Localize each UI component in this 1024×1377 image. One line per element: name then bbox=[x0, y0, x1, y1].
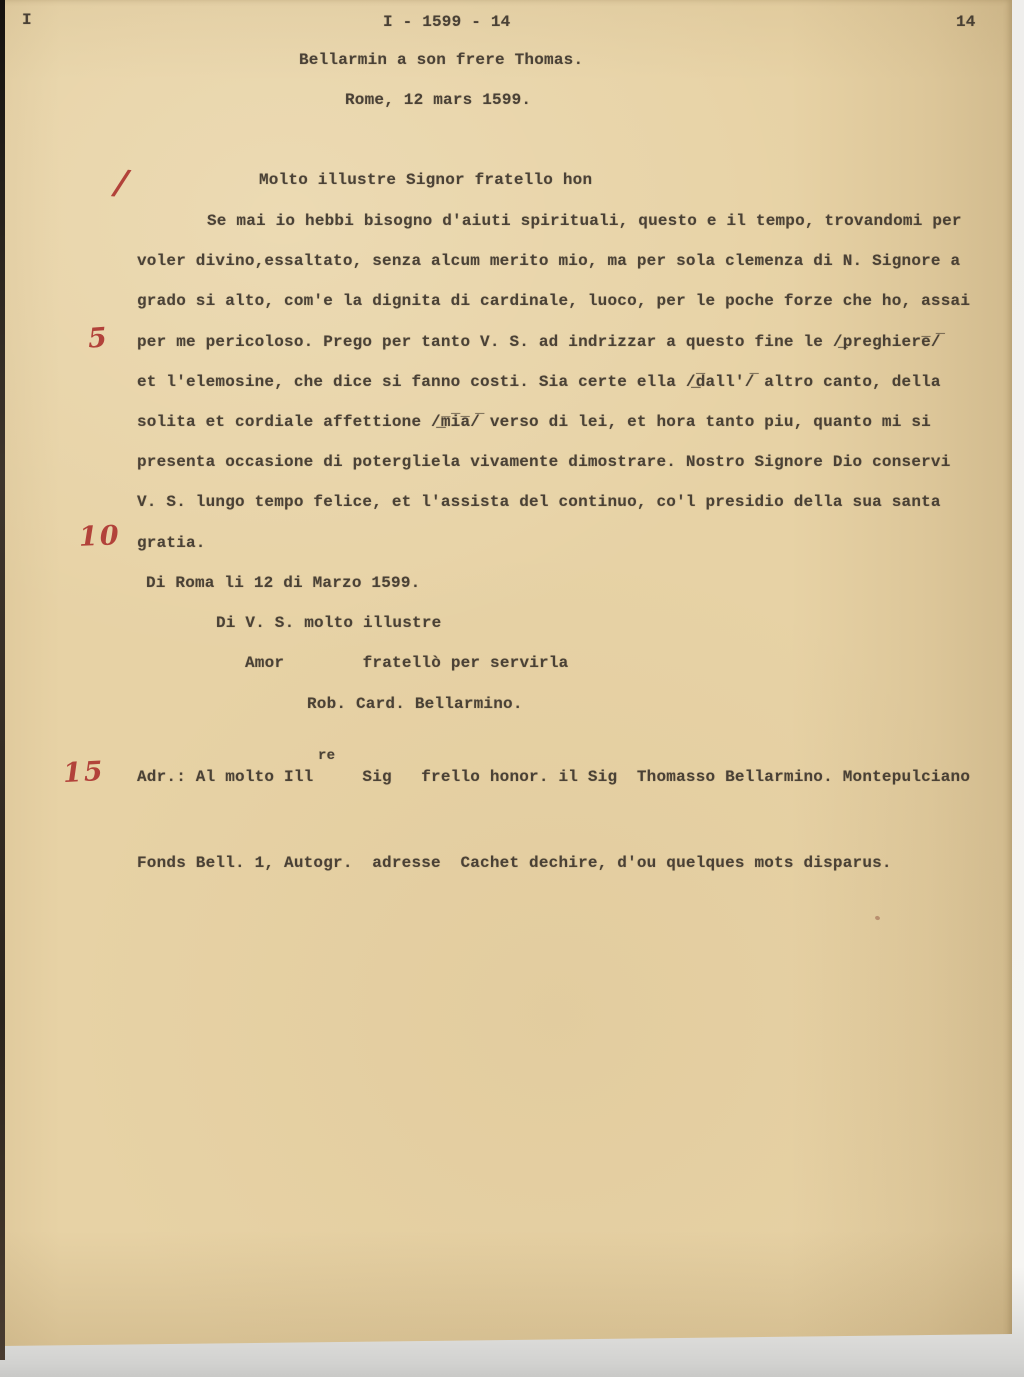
scanned-letter-page: I I - 1599 - 14 14 Bellarmin a son frere… bbox=[0, 0, 1012, 1352]
margin-line-number-1: / bbox=[113, 162, 130, 203]
valediction-line: Di V. S. molto illustre bbox=[216, 613, 441, 633]
address-line: Adr.: Al molto Ill Sig frello honor. il … bbox=[137, 767, 970, 787]
scan-left-edge bbox=[0, 0, 5, 1360]
body-line: presenta occasione di potergliela vivame… bbox=[137, 452, 951, 472]
body-line: et l'elemosine, che dice si fanno costi.… bbox=[137, 372, 941, 392]
paper-stain bbox=[874, 915, 880, 920]
margin-line-number-15: 15 bbox=[62, 756, 105, 789]
margin-line-number-5: 5 bbox=[87, 322, 108, 354]
body-line: voler divino,essaltato, senza alcum meri… bbox=[137, 251, 960, 271]
body-line: Molto illustre Signor fratello hon bbox=[259, 170, 592, 190]
signature-name-line: Rob. Card. Bellarmino. bbox=[307, 694, 523, 714]
closing-date-line: Di Roma li 12 di Marzo 1599. bbox=[146, 573, 420, 593]
margin-line-number-10: 10 bbox=[78, 520, 121, 552]
body-line: per me pericoloso. Prego per tanto V. S.… bbox=[137, 332, 941, 352]
body-line: Se mai io hebbi bisogno d'aiuti spiritua… bbox=[207, 211, 962, 231]
sheet-corner-mark: I bbox=[22, 10, 32, 30]
header-archive-code: I - 1599 - 14 bbox=[383, 12, 510, 32]
address-superscript: re bbox=[318, 746, 335, 766]
page-number: 14 bbox=[956, 12, 976, 32]
body-line: V. S. lungo tempo felice, et l'assista d… bbox=[137, 492, 941, 512]
signature-line-amor: Amor fratellò per servirla bbox=[245, 653, 568, 673]
body-line: solita et cordiale affettione /̲m̅i̅a̅/̅… bbox=[137, 412, 931, 432]
body-line: gratia. bbox=[137, 533, 206, 553]
letter-dateline: Rome, 12 mars 1599. bbox=[345, 90, 531, 110]
archive-footnote: Fonds Bell. 1, Autogr. adresse Cachet de… bbox=[137, 853, 892, 873]
letter-title: Bellarmin a son frere Thomas. bbox=[299, 50, 583, 70]
body-line: grado si alto, com'e la dignita di cardi… bbox=[137, 291, 970, 311]
